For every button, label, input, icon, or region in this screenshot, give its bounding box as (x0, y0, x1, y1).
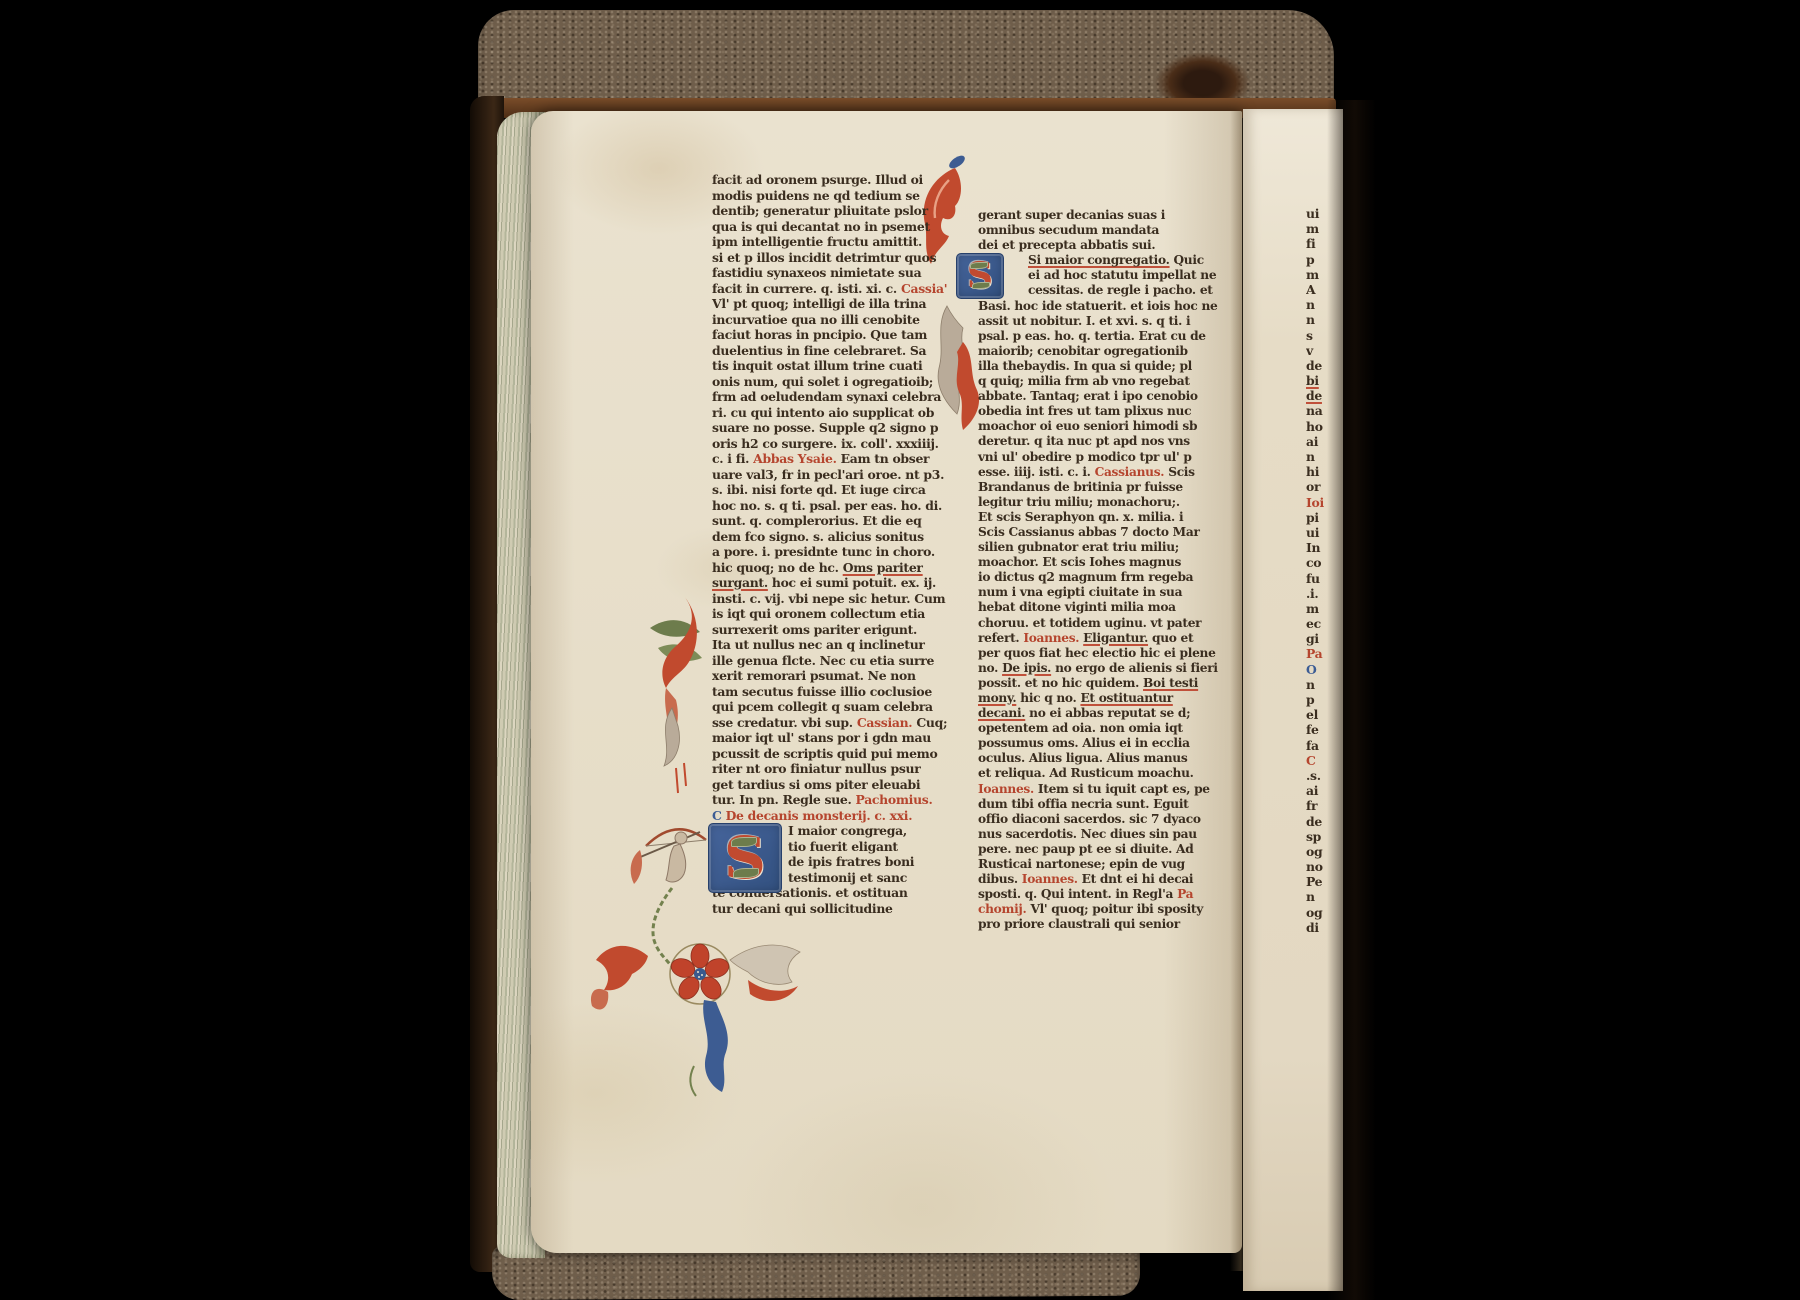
text-segment: c. i fi. (712, 451, 753, 466)
text-line: decani. no ei abbas reputat se d; (978, 706, 1200, 721)
text-segment: fastidiu synaxeos nimietate sua (712, 265, 921, 280)
text-segment: testimonij et sanc (788, 870, 907, 885)
text-segment: Vl' pt quoq; intelligi de illa trina (712, 296, 926, 311)
text-segment: og (1306, 905, 1322, 920)
text-segment: Oms pariter (843, 560, 923, 575)
text-segment: m (1306, 221, 1319, 236)
text-line: Ita ut nullus nec an q inclinetur (712, 637, 940, 653)
text-segment: In (1306, 540, 1320, 555)
text-segment: decani. (978, 706, 1025, 720)
text-line: get tardius si oms piter eleuabi (712, 777, 940, 793)
text-segment: ec (1306, 616, 1321, 631)
text-segment: Cassian. (857, 715, 917, 730)
text-segment: pere. nec paup pt ee si diuite. Ad (978, 842, 1193, 856)
text-column-2: gerant super decanias suas iomnibus secu… (978, 208, 1200, 933)
text-line: gerant super decanias suas i (978, 208, 1200, 223)
text-segment: Eam tn obser (841, 451, 930, 466)
text-line: facit in currere. q. isti. xi. c. Cassia… (712, 281, 940, 297)
text-line: qui pcem collegit q suam celebra (712, 699, 940, 715)
text-segment: Ita ut nullus nec an q inclinetur (712, 637, 925, 652)
text-line: insti. c. vij. vbi nepe sic hetur. Cum (712, 591, 940, 607)
text-segment: offio diaconi sacerdos. sic 7 dyaco (978, 812, 1201, 826)
text-segment: dibus. (978, 872, 1022, 886)
text-segment: fr (1306, 798, 1317, 813)
text-line: fastidiu synaxeos nimietate sua (712, 265, 940, 281)
text-segment: co (1306, 555, 1321, 570)
text-line: C De decanis monsterij. c. xxi. (712, 808, 940, 824)
text-segment: pro priore claustrali qui senior (978, 917, 1180, 931)
text-segment: duelentius in fine celebraret. Sa (712, 343, 926, 358)
text-segment: qua is qui decantat no in psemet (712, 219, 930, 234)
text-segment: onis num, qui solet i ogregatioib; (712, 374, 933, 389)
text-segment: Vl' quoq; poitur ibi sposity (1030, 902, 1203, 916)
text-line: testimonij et sanc (788, 870, 940, 886)
green-stem (653, 888, 674, 970)
text-line: faciut horas in pncipio. Que tam (712, 327, 940, 343)
text-segment: Boi testi (1143, 676, 1198, 690)
text-segment: n (1306, 312, 1315, 327)
text-line: si et p illos incidit detrimtur quos (712, 250, 940, 266)
photo-shadow-right (1327, 100, 1397, 1300)
text-line: Si maior congregatio. Quic (1028, 253, 1200, 268)
text-segment: p (1306, 252, 1314, 267)
text-segment: gi (1306, 631, 1319, 646)
text-line: incurvatioe qua no illi cenobite (712, 312, 940, 328)
column2-opening: gerant super decanias suas iomnibus secu… (978, 208, 1200, 253)
text-segment: Pa (1306, 646, 1322, 661)
text-segment: el (1306, 707, 1318, 722)
text-segment: insti. c. vij. vbi nepe sic hetur. Cum (712, 591, 945, 606)
text-segment: dentib; generatur pliuitate pslor (712, 203, 928, 218)
text-segment: silien gubnator erat triu miliu; (978, 540, 1179, 554)
text-line: assit ut nobitur. I. et xvi. s. q ti. i (978, 314, 1200, 329)
text-segment: m (1306, 267, 1319, 282)
text-line: legitur triu miliu; monachoru;. (978, 495, 1200, 510)
text-segment: nus sacerdotis. Nec diues sin pau (978, 827, 1197, 841)
text-line: Scis Cassianus abbas 7 docto Mar (978, 525, 1200, 540)
text-segment: maiorib; cenobitar ogregationib (978, 344, 1188, 358)
text-segment: di (1306, 920, 1319, 935)
text-segment: p (1306, 692, 1314, 707)
text-segment: riter nt oro finiatur nullus psur (712, 761, 920, 776)
text-line: Basi. hoc ide statuerit. et iois hoc ne (978, 299, 1200, 314)
text-segment: uare val3, fr in pecl'ari oroe. nt p3. (712, 467, 944, 482)
text-segment: Rusticai nartonese; epin de vug (978, 857, 1185, 871)
text-segment: gerant super decanias suas i (978, 208, 1165, 222)
text-line: is iqt qui oronem collectum etia (712, 606, 940, 622)
blue-leaf-icon (703, 1000, 728, 1092)
text-line: tur. In pn. Regle sue. Pachomius. (712, 792, 940, 808)
text-segment: C (1306, 753, 1316, 768)
text-segment: hic quoq; no de hc. (712, 560, 843, 575)
text-segment: no ei abbas reputat se d; (1025, 706, 1190, 720)
text-line: pere. nec paup pt ee si diuite. Ad (978, 842, 1200, 857)
text-segment: maior iqt ul' stans por i gdn mau (712, 730, 931, 745)
text-segment: quo et (1148, 631, 1193, 645)
red-drip-strokes (676, 763, 686, 793)
red-pennant (631, 850, 642, 884)
text-segment: ui (1306, 525, 1319, 540)
text-segment: Ioannes. (978, 782, 1038, 796)
text-line: esse. iiij. isti. c. i. Cassianus. Scis (978, 465, 1200, 480)
text-segment: surrexerit oms pariter erigunt. (712, 622, 917, 637)
text-line: Brandanus de britinia pr fuisse (978, 480, 1200, 495)
text-segment: xerit remorari psumat. Ne non (712, 668, 916, 683)
text-line: chomij. Vl' quoq; poitur ibi sposity (978, 902, 1200, 917)
text-segment: no. (978, 661, 1002, 675)
text-line: omnibus secudum mandata (978, 223, 1200, 238)
text-line: onis num, qui solet i ogregatioib; (712, 374, 940, 390)
text-segment: fu (1306, 571, 1320, 586)
text-segment: omnibus secudum mandata (978, 223, 1159, 237)
red-acanthus-left-icon (596, 946, 648, 990)
text-line: xerit remorari psumat. Ne non (712, 668, 940, 684)
text-line: tio fuerit eligant (788, 839, 940, 855)
text-segment: fi (1306, 236, 1315, 251)
text-segment: C (712, 808, 726, 823)
text-line: et reliqua. Ad Rusticum moachu. (978, 766, 1200, 781)
text-line: Vl' pt quoq; intelligi de illa trina (712, 296, 940, 312)
text-segment: facit in currere. q. isti. xi. c. (712, 281, 901, 296)
text-segment: Scis Cassianus abbas 7 docto Mar (978, 525, 1200, 539)
text-segment: a pore. i. presidnte tunc in choro. (712, 544, 935, 559)
text-segment: Scis (1168, 465, 1195, 479)
text-segment: de (1306, 814, 1322, 829)
manuscript-photo: facit ad oronem psurge. Illud oimodis pu… (0, 0, 1800, 1300)
text-segment: num i vna egipti ciuitate in sua (978, 585, 1182, 599)
text-segment: n (1306, 297, 1315, 312)
text-line: silien gubnator erat triu miliu; (978, 540, 1200, 555)
text-line: oris h2 co surgere. ix. coll'. xxxiiij. (712, 436, 940, 452)
text-line: ipm intelligentie fructu amittit. (712, 234, 940, 250)
text-segment: Cassia' (901, 281, 947, 296)
text-segment: Ioi (1306, 495, 1324, 510)
text-segment: Quic (1170, 253, 1204, 267)
text-segment: Basi. hoc ide statuerit. et iois hoc ne (978, 299, 1217, 313)
text-segment: tio fuerit eligant (788, 839, 898, 854)
text-segment: n (1306, 889, 1315, 904)
text-line: surrexerit oms pariter erigunt. (712, 622, 940, 638)
text-segment: get tardius si oms piter eleuabi (712, 777, 920, 792)
text-line: I maior congrega, (788, 823, 940, 839)
red-flame-leaf-icon (957, 342, 979, 430)
text-line: dum tibi offia necria sunt. Eguit (978, 797, 1200, 812)
text-segment: illa thebaydis. In qua si quide; pl (978, 359, 1192, 373)
text-segment: de (1306, 388, 1322, 403)
text-segment: de ipis fratres boni (788, 854, 914, 869)
text-line: opetentem ad oia. non omia iqt (978, 721, 1200, 736)
text-line: deretur. q ita nuc pt apd nos vns (978, 434, 1200, 449)
text-segment: tis inquit ostat illum trine cuati (712, 358, 922, 373)
text-segment: ai (1306, 434, 1318, 449)
text-segment: frm ad oeludendam synaxi celebra (712, 389, 941, 404)
text-line: suare no posse. Supple q2 signo p (712, 420, 940, 436)
text-segment: choruu. et totidem uginu. vt pater (978, 616, 1201, 630)
text-segment: abbate. Tantaq; erat i ipo cenobio (978, 389, 1198, 403)
red-curl-icon (591, 989, 608, 1010)
text-segment: Eligantur. (1083, 631, 1148, 645)
text-segment: moachor. Et scis Iohes magnus (978, 555, 1181, 569)
text-segment: Et dnt ei hi decai (1082, 872, 1194, 886)
grey-leaf-right-icon (730, 945, 800, 984)
text-segment: obedia int fres ut tam plixus nuc (978, 404, 1191, 418)
text-segment: m (1306, 601, 1319, 616)
text-segment: Pe (1306, 874, 1322, 889)
text-segment: O (1306, 662, 1317, 677)
archer-head (675, 832, 687, 844)
text-segment: opetentem ad oia. non omia iqt (978, 721, 1183, 735)
red-ribbon-icon (662, 596, 697, 688)
text-segment: modis puidens ne qd tedium se (712, 188, 920, 203)
text-segment: Et scis Seraphyon qn. x. milia. i (978, 510, 1183, 524)
text-segment: ui (1306, 206, 1319, 221)
text-segment: incurvatioe qua no illi cenobite (712, 312, 920, 327)
text-segment: .s. (1306, 768, 1321, 783)
text-segment: chomij. (978, 902, 1030, 916)
text-segment: q quiq; milia frm ab vno regebat (978, 374, 1190, 388)
text-line: pcussit de scriptis quid pui memo (712, 746, 940, 762)
text-segment: n (1306, 677, 1315, 692)
text-segment: pi (1306, 510, 1319, 525)
text-line: tam secutus fuisse illio coclusioe (712, 684, 940, 700)
text-segment: n (1306, 449, 1315, 464)
illuminated-initial-small: S (956, 253, 1004, 299)
text-segment: facit ad oronem psurge. Illud oi (712, 172, 923, 187)
text-segment: psal. p eas. ho. q. tertia. Erat cu de (978, 329, 1206, 343)
text-line: sposti. q. Qui intent. in Regl'a Pa (978, 887, 1200, 902)
text-line: dem fco signo. s. alicius sonitus (712, 529, 940, 545)
text-segment: Pachomius. (856, 792, 933, 807)
text-line: Rusticai nartonese; epin de vug (978, 857, 1200, 872)
text-segment: legitur triu miliu; monachoru;. (978, 495, 1180, 509)
text-segment: moachor oi euo seniori himodi sb (978, 419, 1197, 433)
text-segment: possit. et no hic quidem. (978, 676, 1143, 690)
text-segment: sse credatur. vbi sup. (712, 715, 857, 730)
text-line: psal. p eas. ho. q. tertia. Erat cu de (978, 329, 1200, 344)
text-line: q quiq; milia frm ab vno regebat (978, 374, 1200, 389)
text-line: io dictus q2 magnum frm regeba (978, 570, 1200, 585)
text-segment: bi (1306, 373, 1319, 388)
text-line: refert. Ioannes. Eligantur. quo et (978, 631, 1200, 646)
text-line: cessitas. de regle i pacho. et (1028, 283, 1200, 298)
text-line: c. i fi. Abbas Ysaie. Eam tn obser (712, 451, 940, 467)
text-line: tis inquit ostat illum trine cuati (712, 358, 940, 374)
text-line: s. ibi. nisi forte qd. Et iuge circa (712, 482, 940, 498)
text-segment: Brandanus de britinia pr fuisse (978, 480, 1183, 494)
text-segment: Item si tu iquit capt es, pe (1038, 782, 1210, 796)
text-line: dei et precepta abbatis sui. (978, 238, 1200, 253)
text-line: Ioannes. Item si tu iquit capt es, pe (978, 782, 1200, 797)
text-segment: De ipis. (1002, 661, 1051, 675)
text-line: dibus. Ioannes. Et dnt ei hi decai (978, 872, 1200, 887)
text-segment: Et ostituantur (1080, 691, 1172, 705)
text-line: dentib; generatur pliuitate pslor (712, 203, 940, 219)
text-segment: fe (1306, 722, 1319, 737)
text-segment: de (1306, 358, 1322, 373)
text-segment: deretur. q ita nuc pt apd nos vns (978, 434, 1190, 448)
text-line: mony. hic q no. Et ostituantur (978, 691, 1200, 706)
text-segment: fa (1306, 738, 1319, 753)
text-line: hoc no. s. q ti. psal. per eas. ho. di. (712, 498, 940, 514)
text-column-1: facit ad oronem psurge. Illud oimodis pu… (712, 172, 940, 916)
text-segment: Ioannes. (1022, 872, 1082, 886)
text-line: Et scis Seraphyon qn. x. milia. i (978, 510, 1200, 525)
text-line: surgant. hoc ei sumi potuit. ex. ij. (712, 575, 940, 591)
text-segment: sunt. q. complerorius. Et die eq (712, 513, 921, 528)
text-line: num i vna egipti ciuitate in sua (978, 585, 1200, 600)
text-line: modis puidens ne qd tedium se (712, 188, 940, 204)
text-line: abbate. Tantaq; erat i ipo cenobio (978, 389, 1200, 404)
text-segment: oculus. Alius ligua. Alius manus (978, 751, 1187, 765)
text-segment: Si maior congregatio. (1028, 253, 1170, 267)
archer-figure-icon (666, 844, 686, 882)
text-segment: De decanis monsterij. c. xxi. (726, 808, 913, 823)
text-line: qua is qui decantat no in psemet (712, 219, 940, 235)
initial-leaf-accent (972, 282, 990, 289)
text-line: possumus oms. Alius ei in ecclia (978, 736, 1200, 751)
text-segment: .i. (1306, 586, 1318, 601)
text-segment: cessitas. de regle i pacho. et (1028, 283, 1213, 297)
text-segment: I maior congrega, (788, 823, 907, 838)
text-segment: tam secutus fuisse illio coclusioe (712, 684, 932, 699)
text-segment: ri. cu qui intento aio supplicat ob (712, 405, 934, 420)
text-segment: per quos fiat hec electio hic ei plene (978, 646, 1216, 660)
initial-letter: S (724, 824, 766, 892)
text-segment: mony. (978, 691, 1016, 705)
text-segment: no (1306, 859, 1323, 874)
text-line: uare val3, fr in pecl'ari oroe. nt p3. (712, 467, 940, 483)
text-segment: possumus oms. Alius ei in ecclia (978, 736, 1190, 750)
column2-indented: Si maior congregatio. Quicei ad hoc stat… (978, 253, 1200, 298)
text-line: frm ad oeludendam synaxi celebra (712, 389, 940, 405)
text-segment: si et p illos incidit detrimtur quos (712, 250, 936, 265)
initial-leaf-accent (970, 262, 988, 269)
text-segment: or (1306, 479, 1320, 494)
text-segment: vni ul' obedire p modico tpr ul' p (978, 450, 1192, 464)
text-segment: s. ibi. nisi forte qd. Et iuge circa (712, 482, 926, 497)
text-line: hic quoq; no de hc. Oms pariter (712, 560, 940, 576)
text-segment: s (1306, 328, 1313, 343)
text-line: moachor oi euo seniori himodi sb (978, 419, 1200, 434)
text-line: vni ul' obedire p modico tpr ul' p (978, 450, 1200, 465)
text-line: oculus. Alius ligua. Alius manus (978, 751, 1200, 766)
text-line: per quos fiat hec electio hic ei plene (978, 646, 1200, 661)
blue-leaf-tip-icon (947, 153, 967, 171)
text-line: maior iqt ul' stans por i gdn mau (712, 730, 940, 746)
text-line: sunt. q. complerorius. Et die eq (712, 513, 940, 529)
text-line: possit. et no hic quidem. Boi testi (978, 676, 1200, 691)
initial-leaf-accent (733, 868, 759, 878)
text-segment: hi (1306, 464, 1319, 479)
text-segment: hoc no. s. q ti. psal. per eas. ho. di. (712, 498, 942, 513)
text-segment: ho (1306, 419, 1323, 434)
text-segment: ipm intelligentie fructu amittit. (712, 234, 922, 249)
text-segment: is iqt qui oronem collectum etia (712, 606, 925, 621)
text-segment: surgant. (712, 575, 768, 590)
text-segment: Cuq; (916, 715, 947, 730)
text-line: obedia int fres ut tam plixus nuc (978, 404, 1200, 419)
illuminated-initial-large: S (708, 823, 782, 893)
text-segment: faciut horas in pncipio. Que tam (712, 327, 927, 342)
text-line: de ipis fratres boni (788, 854, 940, 870)
text-segment: Abbas Ysaie. (753, 451, 840, 466)
text-line: offio diaconi sacerdos. sic 7 dyaco (978, 812, 1200, 827)
text-line: duelentius in fine celebraret. Sa (712, 343, 940, 359)
chapter-rubric: C De decanis monsterij. c. xxi. (712, 808, 940, 824)
text-segment: hic q no. (1016, 691, 1080, 705)
text-line: ille genua flcte. Nec cu etia surre (712, 653, 940, 669)
text-line: hebat ditone viginti milia moa (978, 600, 1200, 615)
text-line: illa thebaydis. In qua si quide; pl (978, 359, 1200, 374)
text-line: tur decani qui sollicitudine (712, 901, 940, 917)
text-segment: Cassianus. (1095, 465, 1169, 479)
initial-leaf-accent (731, 837, 757, 847)
text-segment: ille genua flcte. Nec cu etia surre (712, 653, 934, 668)
text-segment: tur. In pn. Regle sue. (712, 792, 856, 807)
text-segment: et reliqua. Ad Rusticum moachu. (978, 766, 1194, 780)
text-segment: pcussit de scriptis quid pui memo (712, 746, 937, 761)
text-line: a pore. i. presidnte tunc in choro. (712, 544, 940, 560)
text-line: ei ad hoc statutu impellat ne (1028, 268, 1200, 283)
text-segment: refert. (978, 631, 1023, 645)
text-segment: esse. iiij. isti. c. i. (978, 465, 1095, 479)
text-segment: sposti. q. Qui intent. in Regl'a (978, 887, 1177, 901)
green-sprig (690, 1066, 696, 1096)
text-line: riter nt oro finiatur nullus psur (712, 761, 940, 777)
text-segment: na (1306, 403, 1322, 418)
text-segment: dum tibi offia necria sunt. Eguit (978, 797, 1189, 811)
text-segment: oris h2 co surgere. ix. coll'. xxxiiij. (712, 436, 939, 451)
text-line: no. De ipis. no ergo de alienis si fieri (978, 661, 1200, 676)
column2-body: Basi. hoc ide statuerit. et iois hoc nea… (978, 299, 1200, 933)
text-segment: suare no posse. Supple q2 signo p (712, 420, 938, 435)
text-line: moachor. Et scis Iohes magnus (978, 555, 1200, 570)
text-segment: io dictus q2 magnum frm regeba (978, 570, 1193, 584)
text-line: maiorib; cenobitar ogregationib (978, 344, 1200, 359)
text-line: sse credatur. vbi sup. Cassian. Cuq; (712, 715, 940, 731)
column1-body: facit ad oronem psurge. Illud oimodis pu… (712, 172, 940, 808)
text-segment: hoc ei sumi potuit. ex. ij. (768, 575, 936, 590)
text-segment: dem fco signo. s. alicius sonitus (712, 529, 924, 544)
text-segment: Pa (1177, 887, 1193, 901)
text-line: nus sacerdotis. Nec diues sin pau (978, 827, 1200, 842)
text-segment: tur decani qui sollicitudine (712, 901, 893, 916)
text-segment: hebat ditone viginti milia moa (978, 600, 1176, 614)
text-segment: Ioannes. (1023, 631, 1083, 645)
text-line: choruu. et totidem uginu. vt pater (978, 616, 1200, 631)
text-segment: og (1306, 844, 1322, 859)
text-segment: sp (1306, 829, 1321, 844)
text-segment: dei et precepta abbatis sui. (978, 238, 1155, 252)
text-segment: ei ad hoc statutu impellat ne (1028, 268, 1216, 282)
text-line: ri. cu qui intento aio supplicat ob (712, 405, 940, 421)
text-segment: qui pcem collegit q suam celebra (712, 699, 933, 714)
text-segment: v (1306, 343, 1313, 358)
text-segment: no ergo de alienis si fieri (1051, 661, 1218, 675)
text-line: facit ad oronem psurge. Illud oi (712, 172, 940, 188)
text-segment: ai (1306, 783, 1318, 798)
text-segment: assit ut nobitur. I. et xvi. s. q ti. i (978, 314, 1190, 328)
text-line: pro priore claustrali qui senior (978, 917, 1200, 932)
text-segment: A (1306, 282, 1315, 297)
